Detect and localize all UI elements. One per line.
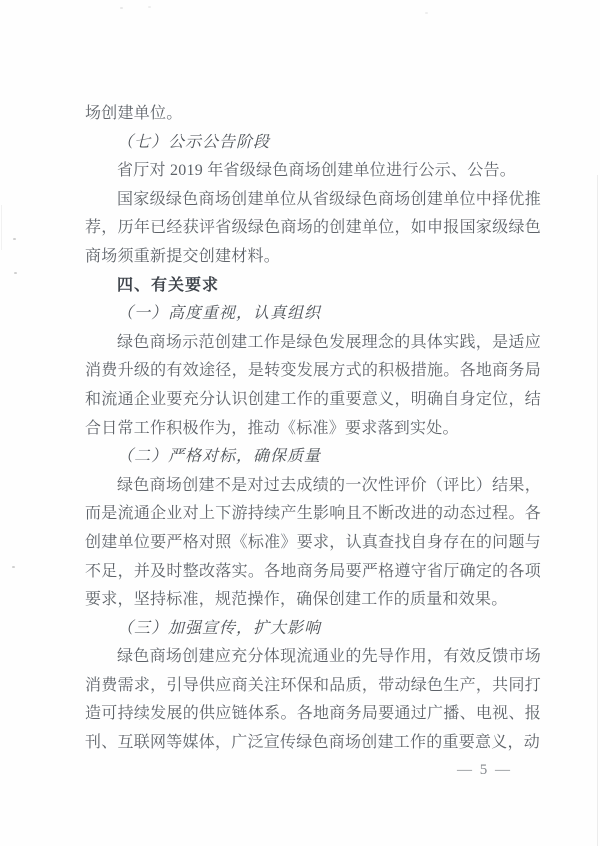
paragraph-supply-chain-media: 绿色商场创建应充分体现流通业的先导作用，有效反馈市场消费需求，引导供应商关注环保… bbox=[85, 643, 541, 757]
scan-edge-line-right bbox=[597, 175, 598, 846]
paragraph-provincial-announcement: 省厅对 2019 年省级绿色商场创建单位进行公示、公告。 bbox=[85, 157, 541, 186]
section-heading-1-high-attention: （一）高度重视，认真组织 bbox=[85, 300, 541, 329]
chapter-heading-4-requirements: 四、有关要求 bbox=[85, 272, 541, 301]
scan-speck bbox=[148, 6, 151, 8]
scan-speck bbox=[12, 566, 15, 568]
paragraph-dynamic-process: 绿色商场创建不是对过去成绩的一次性评价（评比）结果，而是流通企业对上下游持续产生… bbox=[85, 472, 541, 615]
paragraph-national-recommendation: 国家级绿色商场创建单位从省级绿色商场创建单位中择优推荐，历年已经获评省级绿色商场… bbox=[85, 186, 541, 272]
section-heading-7-publicity-announcement: （七）公示公告阶段 bbox=[85, 129, 541, 158]
scan-speck bbox=[425, 12, 428, 14]
scan-speck bbox=[14, 272, 17, 274]
section-heading-3-strengthen-publicity: （三）加强宣传，扩大影响 bbox=[85, 615, 541, 644]
paragraph-green-development-practice: 绿色商场示范创建工作是绿色发展理念的具体实践，是适应消费升级的有效途径，是转变发… bbox=[85, 329, 541, 443]
scan-speck bbox=[13, 238, 16, 240]
section-heading-2-strict-benchmark: （二）严格对标，确保质量 bbox=[85, 443, 541, 472]
scan-edge-line-left bbox=[1, 205, 2, 250]
document-body: 场创建单位。 （七）公示公告阶段 省厅对 2019 年省级绿色商场创建单位进行公… bbox=[85, 100, 541, 758]
paragraph-continuation: 场创建单位。 bbox=[85, 100, 541, 129]
document-page: 场创建单位。 （七）公示公告阶段 省厅对 2019 年省级绿色商场创建单位进行公… bbox=[0, 0, 600, 846]
scan-speck bbox=[120, 7, 123, 9]
page-number: — 5 — bbox=[457, 762, 512, 779]
